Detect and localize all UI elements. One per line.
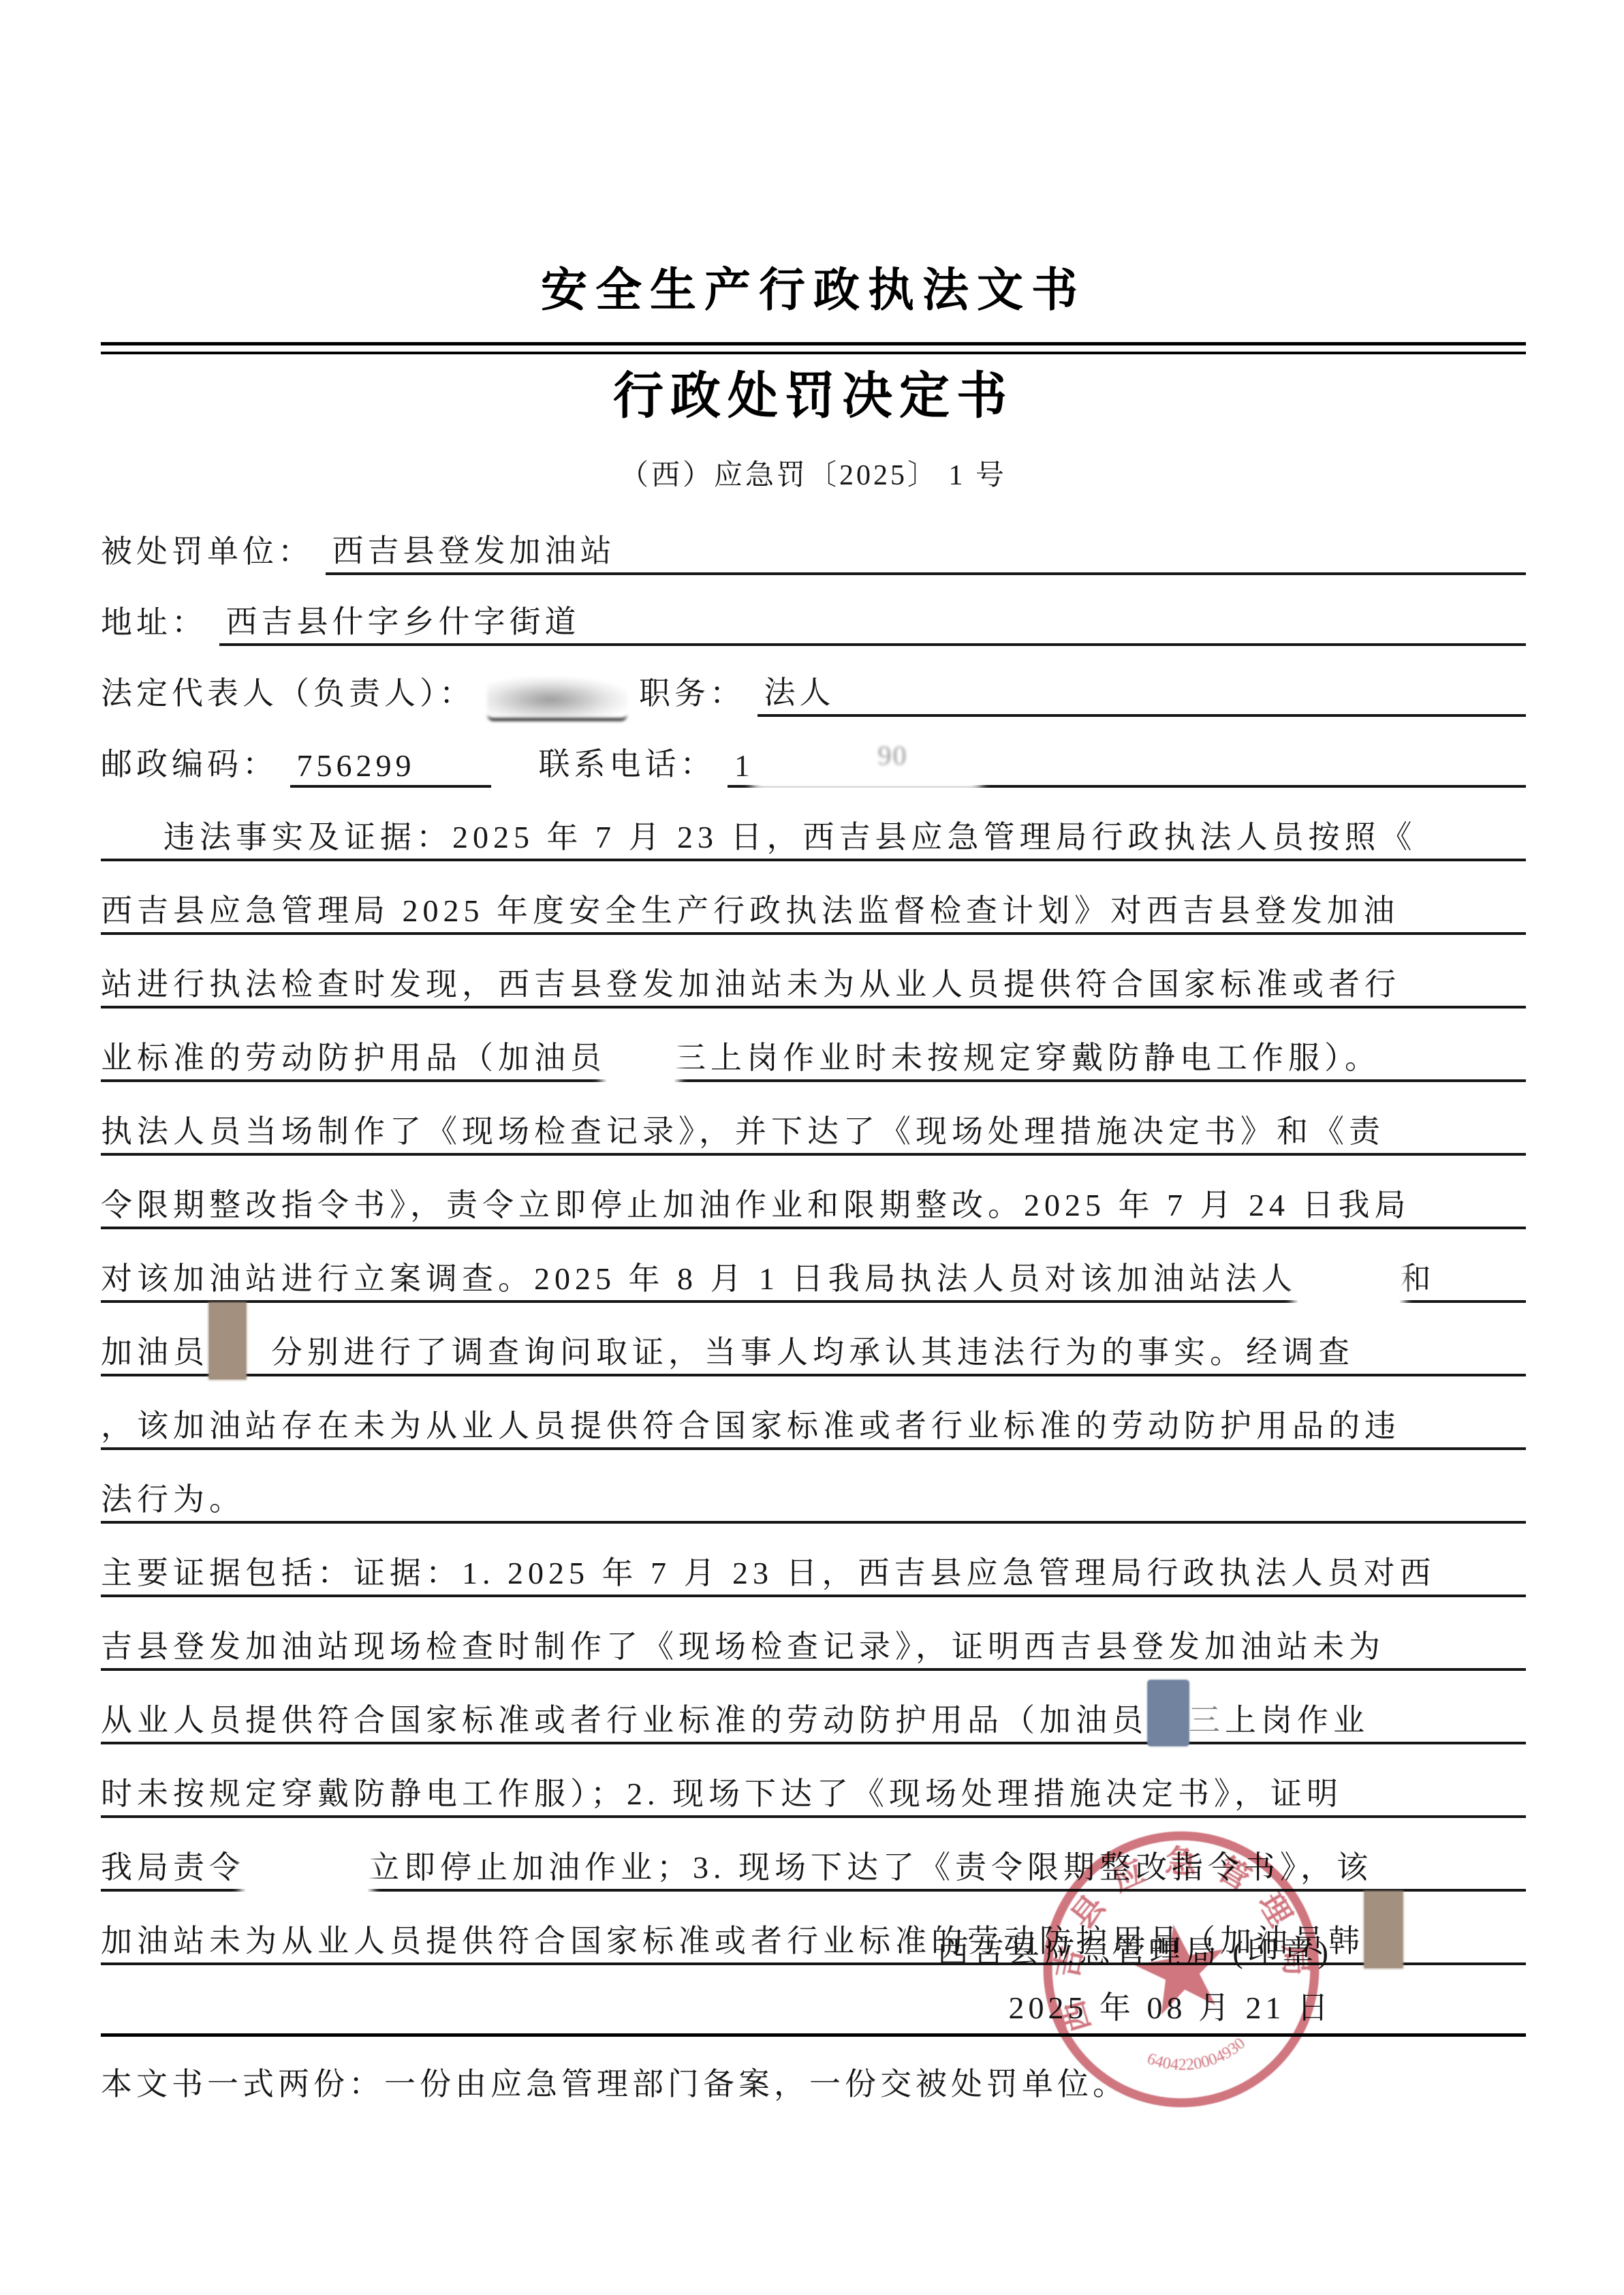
body-line: 令限期整改指令书》，责令立即停止加油作业和限期整改。2025 年 7 月 24 … — [101, 1156, 1526, 1229]
body-text-segment: 分别进行了调查询问取证，当事人均承认其违法行为的事实。经调查 — [246, 1327, 1354, 1374]
field-row: 法定代表人（负责人）： 职务： 法人 — [101, 646, 1526, 717]
field-row: 邮政编码： 756299 联系电话： 190 — [101, 717, 1526, 788]
body-text-segment: 时未按规定穿戴防静电工作服）；2. 现场下达了《现场处理措施决定书》，证明 — [101, 1769, 1343, 1815]
body-text-segment: 我局责令 — [101, 1843, 245, 1889]
body-line: 时未按规定穿戴防静电工作服）；2. 现场下达了《现场处理措施决定书》，证明 — [101, 1744, 1526, 1818]
stamp-code: 6404220004930 — [1142, 2033, 1251, 2082]
body-line: ，该加油站存在未为从业人员提供符合国家标准或者行业标准的劳动防护用品的违 — [101, 1376, 1526, 1450]
redaction-tan — [209, 1303, 246, 1379]
body-line: 主要证据包括：证据：1. 2025 年 7 月 23 日，西吉县应急管理局行政执… — [101, 1524, 1526, 1597]
body-line: 法行为。 — [101, 1450, 1526, 1524]
field-label: 邮政编码： — [101, 739, 290, 788]
field-label: 地址： — [101, 598, 219, 646]
redaction-smudge — [487, 677, 627, 721]
header-fields: 被处罚单位： 西吉县登发加油站地址： 西吉县什字乡什字街道法定代表人（负责人）：… — [101, 504, 1526, 788]
field-value: 西吉县登发加油站 — [326, 526, 1527, 575]
body-line: 站进行执法检查时发现，西吉县登发加油站未为从业人员提供符合国家标准或者行 — [101, 935, 1526, 1008]
body-text-segment: 三上岗作业时未按规定穿戴防静电工作服）。 — [674, 1033, 1381, 1079]
field-row: 地址： 西吉县什字乡什字街道 — [101, 575, 1526, 646]
redaction-blue — [1148, 1680, 1189, 1746]
body-text-segment: 和 — [1400, 1254, 1436, 1300]
body-text-segment: 令限期整改指令书》，责令立即停止加油作业和限期整改。2025 年 7 月 24 … — [101, 1180, 1411, 1227]
body-line: 违法事实及证据：2025 年 7 月 23 日，西吉县应急管理局行政执法人员按照… — [101, 788, 1526, 861]
document-number: （西）应急罚〔2025〕 1 号 — [101, 452, 1526, 493]
field-label: 联系电话： — [539, 739, 728, 788]
body-text-segment: 执法人员当场制作了《现场检查记录》，并下达了《现场处理措施决定书》和《责 — [101, 1107, 1385, 1153]
body-line: 执法人员当场制作了《现场检查记录》，并下达了《现场处理措施决定书》和《责 — [101, 1082, 1526, 1156]
body-line: 吉县登发加油站现场检查时制作了《现场检查记录》，证明西吉县登发加油站未为 — [101, 1597, 1526, 1671]
redaction-white — [1298, 1261, 1400, 1310]
redaction-white — [606, 1040, 674, 1089]
body-line: 西吉县应急管理局 2025 年度安全生产行政执法监督检查计划》对西吉县登发加油 — [101, 861, 1526, 935]
field-label: 法定代表人（负责人）： — [101, 668, 487, 717]
body-text-segment: 加油员 — [101, 1327, 209, 1374]
body-text-segment: 三 — [1189, 1695, 1225, 1742]
body-text-segment: 站进行执法检查时发现，西吉县登发加油站未为从业人员提供符合国家标准或者行 — [101, 959, 1401, 1006]
field-label: 职务： — [627, 668, 758, 717]
redaction-faint-text: 90 — [878, 739, 908, 771]
body-text-segment: 法行为。 — [101, 1475, 245, 1521]
field-value: 法人 — [758, 668, 1527, 717]
stamp-star-icon — [1129, 1917, 1233, 2018]
field-label: 被处罚单位： — [101, 527, 326, 575]
document-type-title: 行政处罚决定书 — [101, 356, 1526, 428]
body-line: 对该加油站进行立案调查。2025 年 8 月 1 日我局执法人员对该加油站法人和 — [101, 1229, 1526, 1303]
body-line: 从业人员提供符合国家标准或者行业标准的劳动防护用品（加油员三上岗作业 — [101, 1671, 1526, 1744]
body-text-segment: ，该加油站存在未为从业人员提供符合国家标准或者行业标准的劳动防护用品的违 — [101, 1401, 1401, 1447]
body-text-segment: 主要证据包括：证据：1. 2025 年 7 月 23 日，西吉县应急管理局行政执… — [101, 1548, 1436, 1595]
field-value: 756299 — [290, 748, 491, 788]
body-text-segment: 吉县登发加油站现场检查时制作了《现场检查记录》，证明西吉县登发加油站未为 — [101, 1622, 1385, 1668]
double-rule — [101, 342, 1526, 354]
page-title: 安全生产行政执法文书 — [101, 253, 1526, 320]
field-value: 西吉县什字乡什字街道 — [219, 597, 1527, 646]
redaction-tan — [1364, 1892, 1403, 1968]
body-text: 违法事实及证据：2025 年 7 月 23 日，西吉县应急管理局行政执法人员按照… — [101, 788, 1526, 1965]
field-value: 190 — [728, 727, 1526, 788]
document-page: 安全生产行政执法文书 行政处罚决定书 （西）应急罚〔2025〕 1 号 被处罚单… — [0, 0, 1624, 2295]
redaction-white — [245, 1849, 368, 1898]
body-text-segment: 上岗作业 — [1225, 1695, 1369, 1742]
body-text-segment: 对该加油站进行立案调查。2025 年 8 月 1 日我局执法人员对该加油站法人 — [101, 1254, 1298, 1300]
body-text-segment: 违法事实及证据：2025 年 7 月 23 日，西吉县应急管理局行政执法人员按照… — [163, 812, 1417, 859]
body-text-segment: 从业人员提供符合国家标准或者行业标准的劳动防护用品（加油员 — [101, 1695, 1148, 1742]
official-stamp: 西吉县应急管理局 6404220004930 — [1014, 1802, 1348, 2136]
body-line: 加油员 分别进行了调查询问取证，当事人均承认其违法行为的事实。经调查 — [101, 1303, 1526, 1376]
body-line: 业标准的劳动防护用品（加油员三上岗作业时未按规定穿戴防静电工作服）。 — [101, 1008, 1526, 1082]
field-row: 被处罚单位： 西吉县登发加油站 — [101, 504, 1526, 575]
body-text-segment: 业标准的劳动防护用品（加油员 — [101, 1033, 606, 1079]
redaction-white: 90 — [754, 737, 979, 786]
body-text-segment: 西吉县应急管理局 2025 年度安全生产行政执法监督检查计划》对西吉县登发加油 — [101, 886, 1399, 932]
